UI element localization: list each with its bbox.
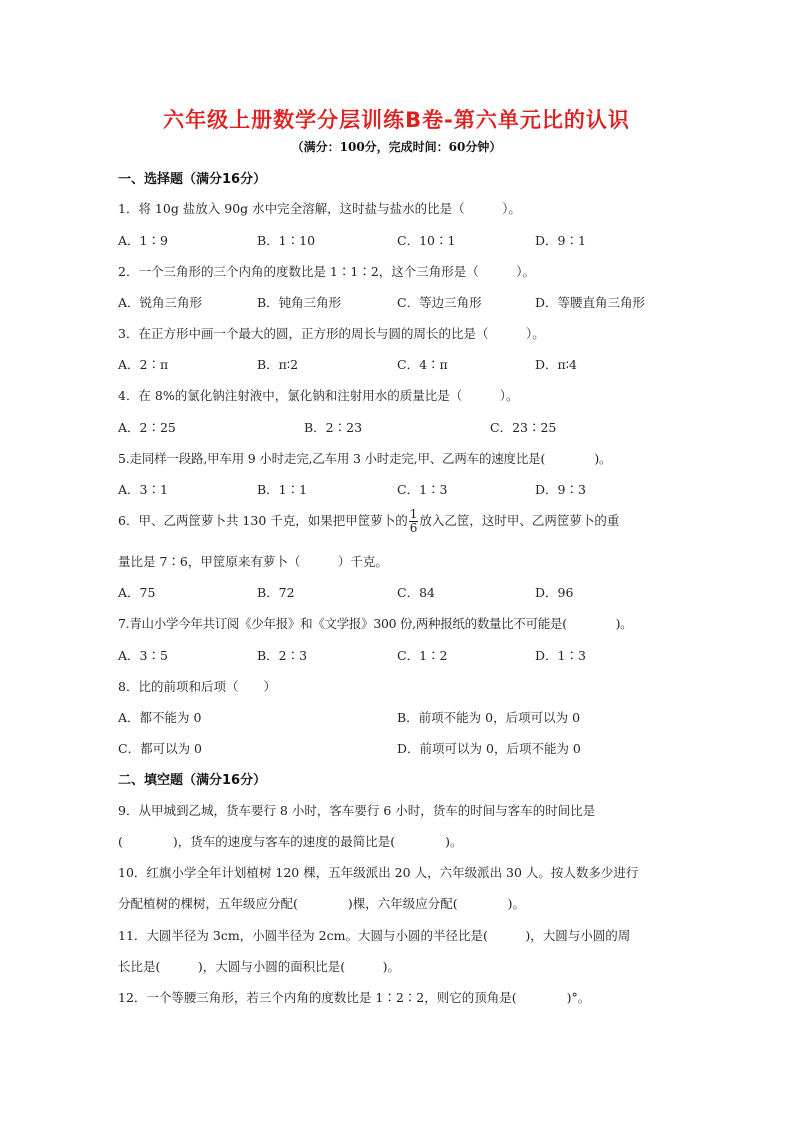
question-9-line-2: ( )，货车的速度与客车的速度的最简比是( )。	[118, 832, 463, 850]
question-10-line-1: 10．红旗小学全年计划植树 120 棵，五年级派出 20 人，六年级派出 30 …	[118, 863, 638, 881]
q1-option-a: A．1∶9	[118, 231, 168, 249]
q3-option-a: A．2∶π	[118, 355, 168, 373]
page-subtitle: （满分：100分，完成时间：60分钟）	[0, 138, 793, 155]
question-4: 4．在 8%的氯化钠注射液中，氯化钠和注射用水的质量比是（ ）。	[118, 386, 519, 404]
q5-option-d: D．9∶3	[535, 480, 586, 498]
question-2: 2．一个三角形的三个内角的度数比是 1∶1∶2，这个三角形是（ ）。	[118, 262, 535, 280]
q8-option-c: C．都可以为 0	[118, 739, 202, 757]
question-3: 3．在正方形中画一个最大的圆，正方形的周长与圆的周长的比是（ ）。	[118, 324, 545, 342]
question-12: 12．一个等腰三角形，若三个内角的度数比是 1∶2∶2，则它的顶角是( )°。	[118, 988, 590, 1006]
question-10-line-2: 分配植树的棵树，五年级应分配( )棵，六年级应分配( )。	[118, 894, 525, 912]
question-6-line-1: 6．甲、乙两筐萝卜共 130 千克，如果把甲筐萝卜的16放入乙筐，这时甲、乙两筐…	[118, 508, 619, 535]
q5-option-c: C．1∶3	[397, 480, 447, 498]
question-11-line-2: 长比是( )，大圆与小圆的面积比是( )。	[118, 957, 400, 975]
q2-option-a: A．锐角三角形	[118, 293, 202, 311]
q6-option-c: C．84	[397, 583, 435, 601]
q4-option-b: B．2∶23	[304, 418, 362, 436]
q5-option-a: A．3∶1	[118, 480, 168, 498]
q3-option-d: D．π∶4	[535, 355, 577, 373]
q1-option-c: C．10∶1	[397, 231, 455, 249]
question-7: 7.青山小学今年共订阅《少年报》和《文学报》300 份,两种报纸的数量比不可能是…	[118, 614, 632, 632]
q2-option-b: B．钝角三角形	[257, 293, 341, 311]
q3-option-b: B．π∶2	[257, 355, 298, 373]
q8-option-d: D．前项可以为 0，后项不能为 0	[397, 739, 581, 757]
question-11-line-1: 11．大圆半径为 3cm，小圆半径为 2cm。大圆与小圆的半径比是( )，大圆与…	[118, 926, 630, 944]
question-1: 1．将 10g 盐放入 90g 水中完全溶解，这时盐与盐水的比是（ ）。	[118, 199, 521, 217]
q6-option-a: A．75	[118, 583, 155, 601]
fraction-denominator: 6	[409, 522, 419, 535]
question-8: 8．比的前项和后项（ ）	[118, 677, 276, 695]
q6-option-b: B．72	[257, 583, 295, 601]
section-heading-choice: 一、选择题（满分16分）	[118, 168, 266, 187]
q8-option-b: B．前项不能为 0，后项可以为 0	[397, 708, 580, 726]
q2-option-c: C．等边三角形	[397, 293, 482, 311]
q7-option-b: B．2∶3	[257, 646, 307, 664]
q1-option-d: D．9∶1	[535, 231, 586, 249]
q6-text-after: 放入乙筐，这时甲、乙两筐萝卜的重	[419, 513, 619, 528]
q7-option-d: D．1∶3	[535, 646, 586, 664]
q3-option-c: C．4∶π	[397, 355, 448, 373]
q7-option-a: A．3∶5	[118, 646, 168, 664]
q4-option-a: A．2∶25	[118, 418, 176, 436]
page-title: 六年级上册数学分层训练B卷-第六单元比的认识	[0, 104, 793, 134]
q4-option-c: C．23∶25	[490, 418, 556, 436]
q8-option-a: A．都不能为 0	[118, 708, 201, 726]
section-heading-fill-blank: 二、填空题（满分16分）	[118, 769, 266, 788]
q5-option-b: B．1∶1	[257, 480, 307, 498]
q2-option-d: D．等腰直角三角形	[535, 293, 645, 311]
question-5: 5.走同样一段路,甲车用 9 小时走完,乙车用 3 小时走完,甲、乙两车的速度比…	[118, 449, 611, 467]
fraction-one-sixth: 16	[409, 508, 419, 535]
q7-option-c: C．1∶2	[397, 646, 447, 664]
question-6-line-2: 量比是 7∶6，甲筐原来有萝卜（ ）千克。	[118, 552, 388, 570]
fraction-numerator: 1	[409, 508, 419, 522]
q6-option-d: D．96	[535, 583, 573, 601]
question-9-line-1: 9．从甲城到乙城，货车要行 8 小时，客车要行 6 小时，货车的时间与客车的时间…	[118, 801, 595, 819]
q6-text-before: 6．甲、乙两筐萝卜共 130 千克，如果把甲筐萝卜的	[118, 513, 408, 528]
q1-option-b: B．1∶10	[257, 231, 315, 249]
